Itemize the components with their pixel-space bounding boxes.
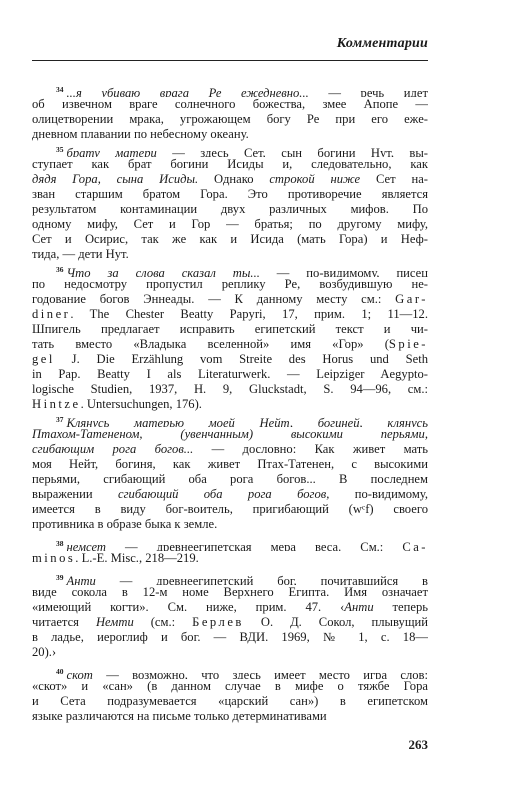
text-line: олицетворении мрака, угрожающем богу Ре … — [32, 112, 428, 127]
footnote-number: 37 — [56, 415, 64, 424]
text: — по-видимому, писец — [260, 266, 428, 277]
page-number: 263 — [372, 737, 428, 753]
text: (см.: — [134, 615, 192, 629]
footnote-number: 39 — [56, 573, 64, 582]
text-line: противника в образе быка к земле. — [32, 517, 428, 532]
footnote-number: 36 — [56, 265, 64, 274]
text-line: имеется в виду бог-воитель, пригибающий … — [32, 502, 428, 517]
text: J. Die Erzählung vom Streite des Horus u… — [55, 352, 428, 366]
italic-text: дядя Гора, сына Исиды. — [32, 172, 198, 186]
text: «скот» и «сан» (в данном случае в мифе о… — [32, 679, 428, 693]
text: — дословно: Как живет мать — [193, 442, 428, 456]
text: об извечном враге солнечного божества, з… — [32, 97, 428, 111]
text-line: 39Анти — древнеегипетский бог, почитавши… — [32, 570, 428, 585]
text-line: годование богов Эннеады. — К данному мес… — [32, 292, 428, 307]
text: одному мифу, Сет и Гор — братья; по друг… — [32, 217, 428, 231]
footnote-number: 35 — [56, 145, 64, 154]
text: дневном плавании по небесному океану. — [32, 127, 249, 141]
text-line: дядя Гора, сына Исиды. Однако строкой ни… — [32, 172, 428, 187]
text-line: 36Что за слова сказал ты... — по-видимом… — [32, 262, 428, 277]
footnote-36: 36Что за слова сказал ты... — по-видимом… — [32, 262, 428, 412]
text: противника в образе быка к земле. — [32, 517, 217, 531]
spaced-author-name: gel — [32, 352, 55, 366]
text-line: ступает как брат богини Исиды и, следова… — [32, 157, 428, 172]
text: in Pap. Beatty I als Literaturwerk. — Le… — [32, 367, 428, 381]
text: тида, — дети Нут. — [32, 247, 129, 261]
text: 20).› — [32, 645, 56, 659]
text-line: моя Нейт, богиня, как живет Птах-Татенен… — [32, 457, 428, 472]
text: Сет на- — [360, 172, 428, 186]
text-line: тида, — дети Нут. — [32, 247, 428, 262]
italic-text: сгибающий оба рога богов, — [118, 487, 329, 501]
text-line: 20).› — [32, 645, 428, 660]
text: перьями, сгибающий оба рога богов... В п… — [32, 472, 428, 486]
italic-text: ...я убиваю врага Ре ежедневно... — [67, 86, 309, 97]
spaced-author-name: Берлев — [192, 615, 244, 629]
running-head: Комментарии — [300, 36, 428, 52]
italic-text: Что за слова сказал ты... — [67, 266, 260, 277]
text-line: logische Studien, 1937, H. 9, Gluckstadt… — [32, 382, 428, 397]
text: Однако — [198, 172, 269, 186]
text-line: сгибающим рога богов... — дословно: Как … — [32, 442, 428, 457]
book-page: Комментарии 34...я убиваю врага Ре ежедн… — [0, 0, 519, 800]
footnote-number: 34 — [56, 85, 64, 94]
header-rule — [32, 60, 428, 61]
text-line: diner. The Chester Beatty Papyri, 17, пр… — [32, 307, 428, 322]
footnote-39: 39Анти — древнеегипетский бог, почитавши… — [32, 570, 428, 660]
text-line: об извечном враге солнечного божества, з… — [32, 97, 428, 112]
text-line: minos. L.-E. Misc., 218—219. — [32, 551, 428, 566]
italic-text: скот — [67, 668, 93, 679]
text: Сет и Осирис, так же как и Исида (мать Г… — [32, 232, 428, 246]
text: имеется в виду бог-воитель, пригибающий … — [32, 502, 428, 516]
text-line: дневном плавании по небесному океану. — [32, 127, 428, 142]
text-line: Сет и Осирис, так же как и Исида (мать Г… — [32, 232, 428, 247]
text-line: выражении сгибающий оба рога богов, по-в… — [32, 487, 428, 502]
text-line: in Pap. Beatty I als Literaturwerk. — Le… — [32, 367, 428, 382]
text-line: результатом контаминации двух различных … — [32, 202, 428, 217]
text: — древнеегипетский бог, почитавшийся в — [96, 574, 428, 585]
text: по недосмотру пропустил реплику Ре, возб… — [32, 277, 428, 291]
text: результатом контаминации двух различных … — [32, 202, 428, 216]
footnote-34: 34...я убиваю врага Ре ежедневно... — ре… — [32, 82, 428, 142]
text-line: Шпигель предлагает исправить египетский … — [32, 322, 428, 337]
text: виде сокола в 12-м номе Верхнего Египта.… — [32, 585, 428, 599]
text: — возможно, что здесь имеет место игра с… — [93, 668, 428, 679]
footnote-40: 40скот — возможно, что здесь имеет место… — [32, 664, 428, 724]
text-line: gel J. Die Erzählung vom Streite des Hor… — [32, 352, 428, 367]
spaced-author-name: minos — [32, 551, 75, 565]
commentary-notes: 34...я убиваю врага Ре ежедневно... — ре… — [32, 82, 428, 724]
text: logische Studien, 1937, H. 9, Gluckstadt… — [32, 382, 428, 396]
footnote-number: 40 — [56, 667, 64, 676]
text-line: одному мифу, Сет и Гор — братья; по друг… — [32, 217, 428, 232]
italic-text: сгибающим рога богов... — [32, 442, 193, 456]
text-line: языке различаются на письме только детер… — [32, 709, 428, 724]
footnote-38: 38немсет — древнеегипетская мера веса. С… — [32, 536, 428, 566]
text: О. Д. Сокол, плывущий — [244, 615, 428, 629]
text: языке различаются на письме только детер… — [32, 709, 327, 723]
text: тать вместо «Владыка вселенной» имя «Гор… — [32, 337, 389, 351]
text-line: 40скот — возможно, что здесь имеет место… — [32, 664, 428, 679]
text: олицетворении мрака, угрожающем богу Ре … — [32, 112, 428, 126]
text-line: «скот» и «сан» (в данном случае в мифе о… — [32, 679, 428, 694]
text-line: 34...я убиваю врага Ре ежедневно... — ре… — [32, 82, 428, 97]
text: теперь — [374, 600, 428, 614]
text-line: в ладье, иероглиф и бог. — ВДИ. 1969, № … — [32, 630, 428, 645]
text: . Untersuchungen, 176). — [81, 397, 202, 411]
italic-text: Анти — [344, 600, 373, 614]
text: зван старшим братом Гора. Это противореч… — [32, 187, 428, 201]
text: моя Нейт, богиня, как живет Птах-Татенен… — [32, 457, 428, 471]
footnote-35: 35брату матери — здесь Сет, сын богини Н… — [32, 142, 428, 262]
text: — речь идет — [309, 86, 428, 97]
spaced-author-name: diner — [32, 307, 70, 321]
spaced-author-name: Ca- — [402, 540, 428, 551]
text-line: читается Немти (см.: Берлев О. Д. Сокол,… — [32, 615, 428, 630]
text-line: тать вместо «Владыка вселенной» имя «Гор… — [32, 337, 428, 352]
text: выражении — [32, 487, 118, 501]
italic-text: немсет — [67, 540, 107, 551]
text-line: перьями, сгибающий оба рога богов... В п… — [32, 472, 428, 487]
spaced-author-name: Gar- — [395, 292, 428, 306]
italic-text: Клянусь матерью моей Нейт, богиней, клян… — [67, 416, 429, 427]
text: ступает как брат богини Исиды и, следова… — [32, 157, 428, 171]
text: годование богов Эннеады. — К данному мес… — [32, 292, 395, 306]
spaced-author-name: Hintze — [32, 397, 81, 411]
text: . L.-E. Misc., 218—219. — [75, 551, 198, 565]
text-line: «имеющий когти». См. ниже, прим. 47. ‹Ан… — [32, 600, 428, 615]
italic-text: Птахом-Татененом, (увенчанным) высокими … — [32, 427, 428, 441]
text: — древнеегипетская мера веса. См.: — [106, 540, 402, 551]
text-line: 38немсет — древнеегипетская мера веса. С… — [32, 536, 428, 551]
text: «имеющий когти». См. ниже, прим. 47. ‹ — [32, 600, 344, 614]
text-line: 37Клянусь матерью моей Нейт, богиней, кл… — [32, 412, 428, 427]
italic-text: строкой ниже — [269, 172, 360, 186]
text: в ладье, иероглиф и бог. — ВДИ. 1969, № … — [32, 630, 428, 644]
italic-text: брату матери — [67, 146, 157, 157]
text-line: виде сокола в 12-м номе Верхнего Египта.… — [32, 585, 428, 600]
text-line: и Сета подразумевается «царский сан») в … — [32, 694, 428, 709]
italic-text: Немти — [96, 615, 134, 629]
italic-text: Анти — [67, 574, 96, 585]
text: и Сета подразумевается «царский сан») в … — [32, 694, 428, 708]
text: читается — [32, 615, 96, 629]
footnote-37: 37Клянусь матерью моей Нейт, богиней, кл… — [32, 412, 428, 532]
text-line: 35брату матери — здесь Сет, сын богини Н… — [32, 142, 428, 157]
text: — здесь Сет, сын богини Нут, вы- — [157, 146, 428, 157]
spaced-author-name: Spie- — [389, 337, 428, 351]
text-line: зван старшим братом Гора. Это противореч… — [32, 187, 428, 202]
text-line: Hintze. Untersuchungen, 176). — [32, 397, 428, 412]
footnote-number: 38 — [56, 539, 64, 548]
text-line: по недосмотру пропустил реплику Ре, возб… — [32, 277, 428, 292]
text: Шпигель предлагает исправить египетский … — [32, 322, 428, 336]
text-line: Птахом-Татененом, (увенчанным) высокими … — [32, 427, 428, 442]
text: по-видимому, — [329, 487, 428, 501]
text: . The Chester Beatty Papyri, 17, прим. 1… — [70, 307, 428, 321]
